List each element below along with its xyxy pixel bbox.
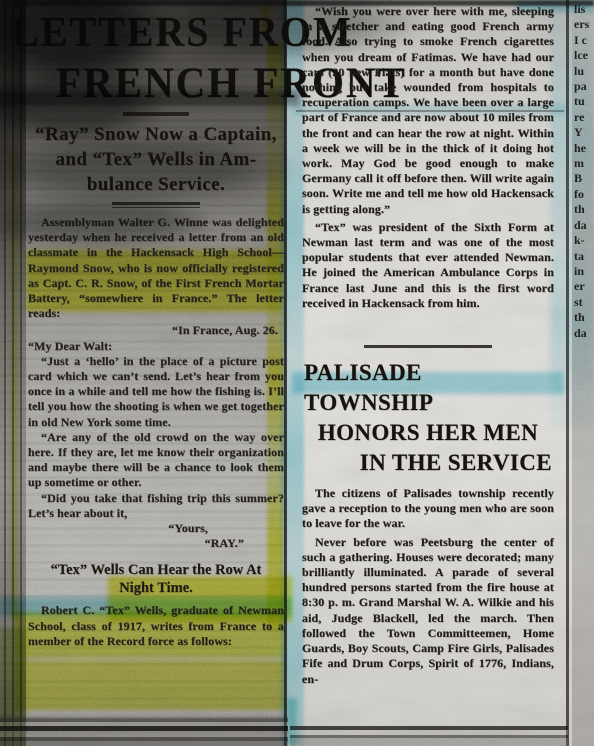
second-headline-line-3: IN THE SERVICE (302, 448, 554, 478)
main-headline: LETTERS FROM FRENCH FRONT (28, 8, 284, 108)
second-headline-line-2: HONORS HER MEN (302, 418, 554, 448)
subhead-line-2: and “Tex” Wells in Am- (28, 147, 284, 172)
crosshead-line-2: Night Time. (28, 579, 284, 597)
main-headline-line-1: LETTERS FROM (12, 8, 284, 57)
letter-signature: “RAY.” (28, 536, 284, 551)
subhead-divider-rule (112, 202, 200, 208)
second-headline: PALISADE TOWNSHIP HONORS HER MEN IN THE … (302, 358, 554, 478)
letter-signoff: “Yours, (28, 521, 284, 536)
subhead-line-3: bulance Service. (28, 172, 284, 197)
top-scan-shadow (0, 0, 594, 6)
letter-salutation: “My Dear Walt: (28, 339, 284, 354)
article-separator-gap (302, 311, 554, 345)
crosshead-line-1: “Tex” Wells Can Hear the Row At (28, 561, 284, 579)
intro-paragraph: Assemblyman Walter G. Winne was delighte… (28, 215, 284, 321)
article-separator-rule (364, 345, 492, 348)
subhead: “Ray” Snow Now a Captain, and “Tex” Well… (28, 122, 284, 197)
edge-column-text-fragments: lis ers I c lce lu pa tu re Y he m B fo … (574, 2, 594, 341)
crosshead: “Tex” Wells Can Hear the Row At Night Ti… (28, 561, 284, 597)
bio-paragraph: “Tex” was president of the Sixth Form at… (302, 220, 554, 311)
letter-paragraph: “Just a ‘hello’ in the place of a pictur… (28, 354, 284, 430)
article-paragraph: The citizens of Palisades township recen… (302, 486, 554, 532)
left-article-column: LETTERS FROM FRENCH FRONT “Ray” Snow Now… (28, 8, 284, 649)
cut-off-edge-column: lis ers I c lce lu pa tu re Y he m B fo … (574, 2, 594, 746)
second-headline-line-1: PALISADE TOWNSHIP (302, 358, 554, 418)
letter-dateline: “In France, Aug. 26. (28, 323, 284, 338)
subhead-line-1: “Ray” Snow Now a Captain, (28, 122, 284, 147)
newspaper-scan-page: LETTERS FROM FRENCH FRONT “Ray” Snow Now… (0, 0, 594, 746)
right-article-column: “Wish you were over here with me, sleepi… (302, 4, 564, 687)
letter-continuation-paragraph: “Wish you were over here with me, sleepi… (302, 4, 554, 217)
main-headline-line-2: FRENCH FRONT (56, 57, 284, 108)
letter-paragraph: “Did you take that fishing trip this sum… (28, 491, 284, 521)
article-paragraph: Never before was Peetsburg the center of… (302, 535, 554, 687)
left-edge-fold-lines (4, 0, 22, 746)
letter-paragraph: “Are any of the old crowd on the way ove… (28, 430, 284, 491)
closing-paragraph: Robert C. “Tex” Wells, graduate of Newma… (28, 603, 284, 649)
headline-divider-rule (123, 112, 189, 116)
